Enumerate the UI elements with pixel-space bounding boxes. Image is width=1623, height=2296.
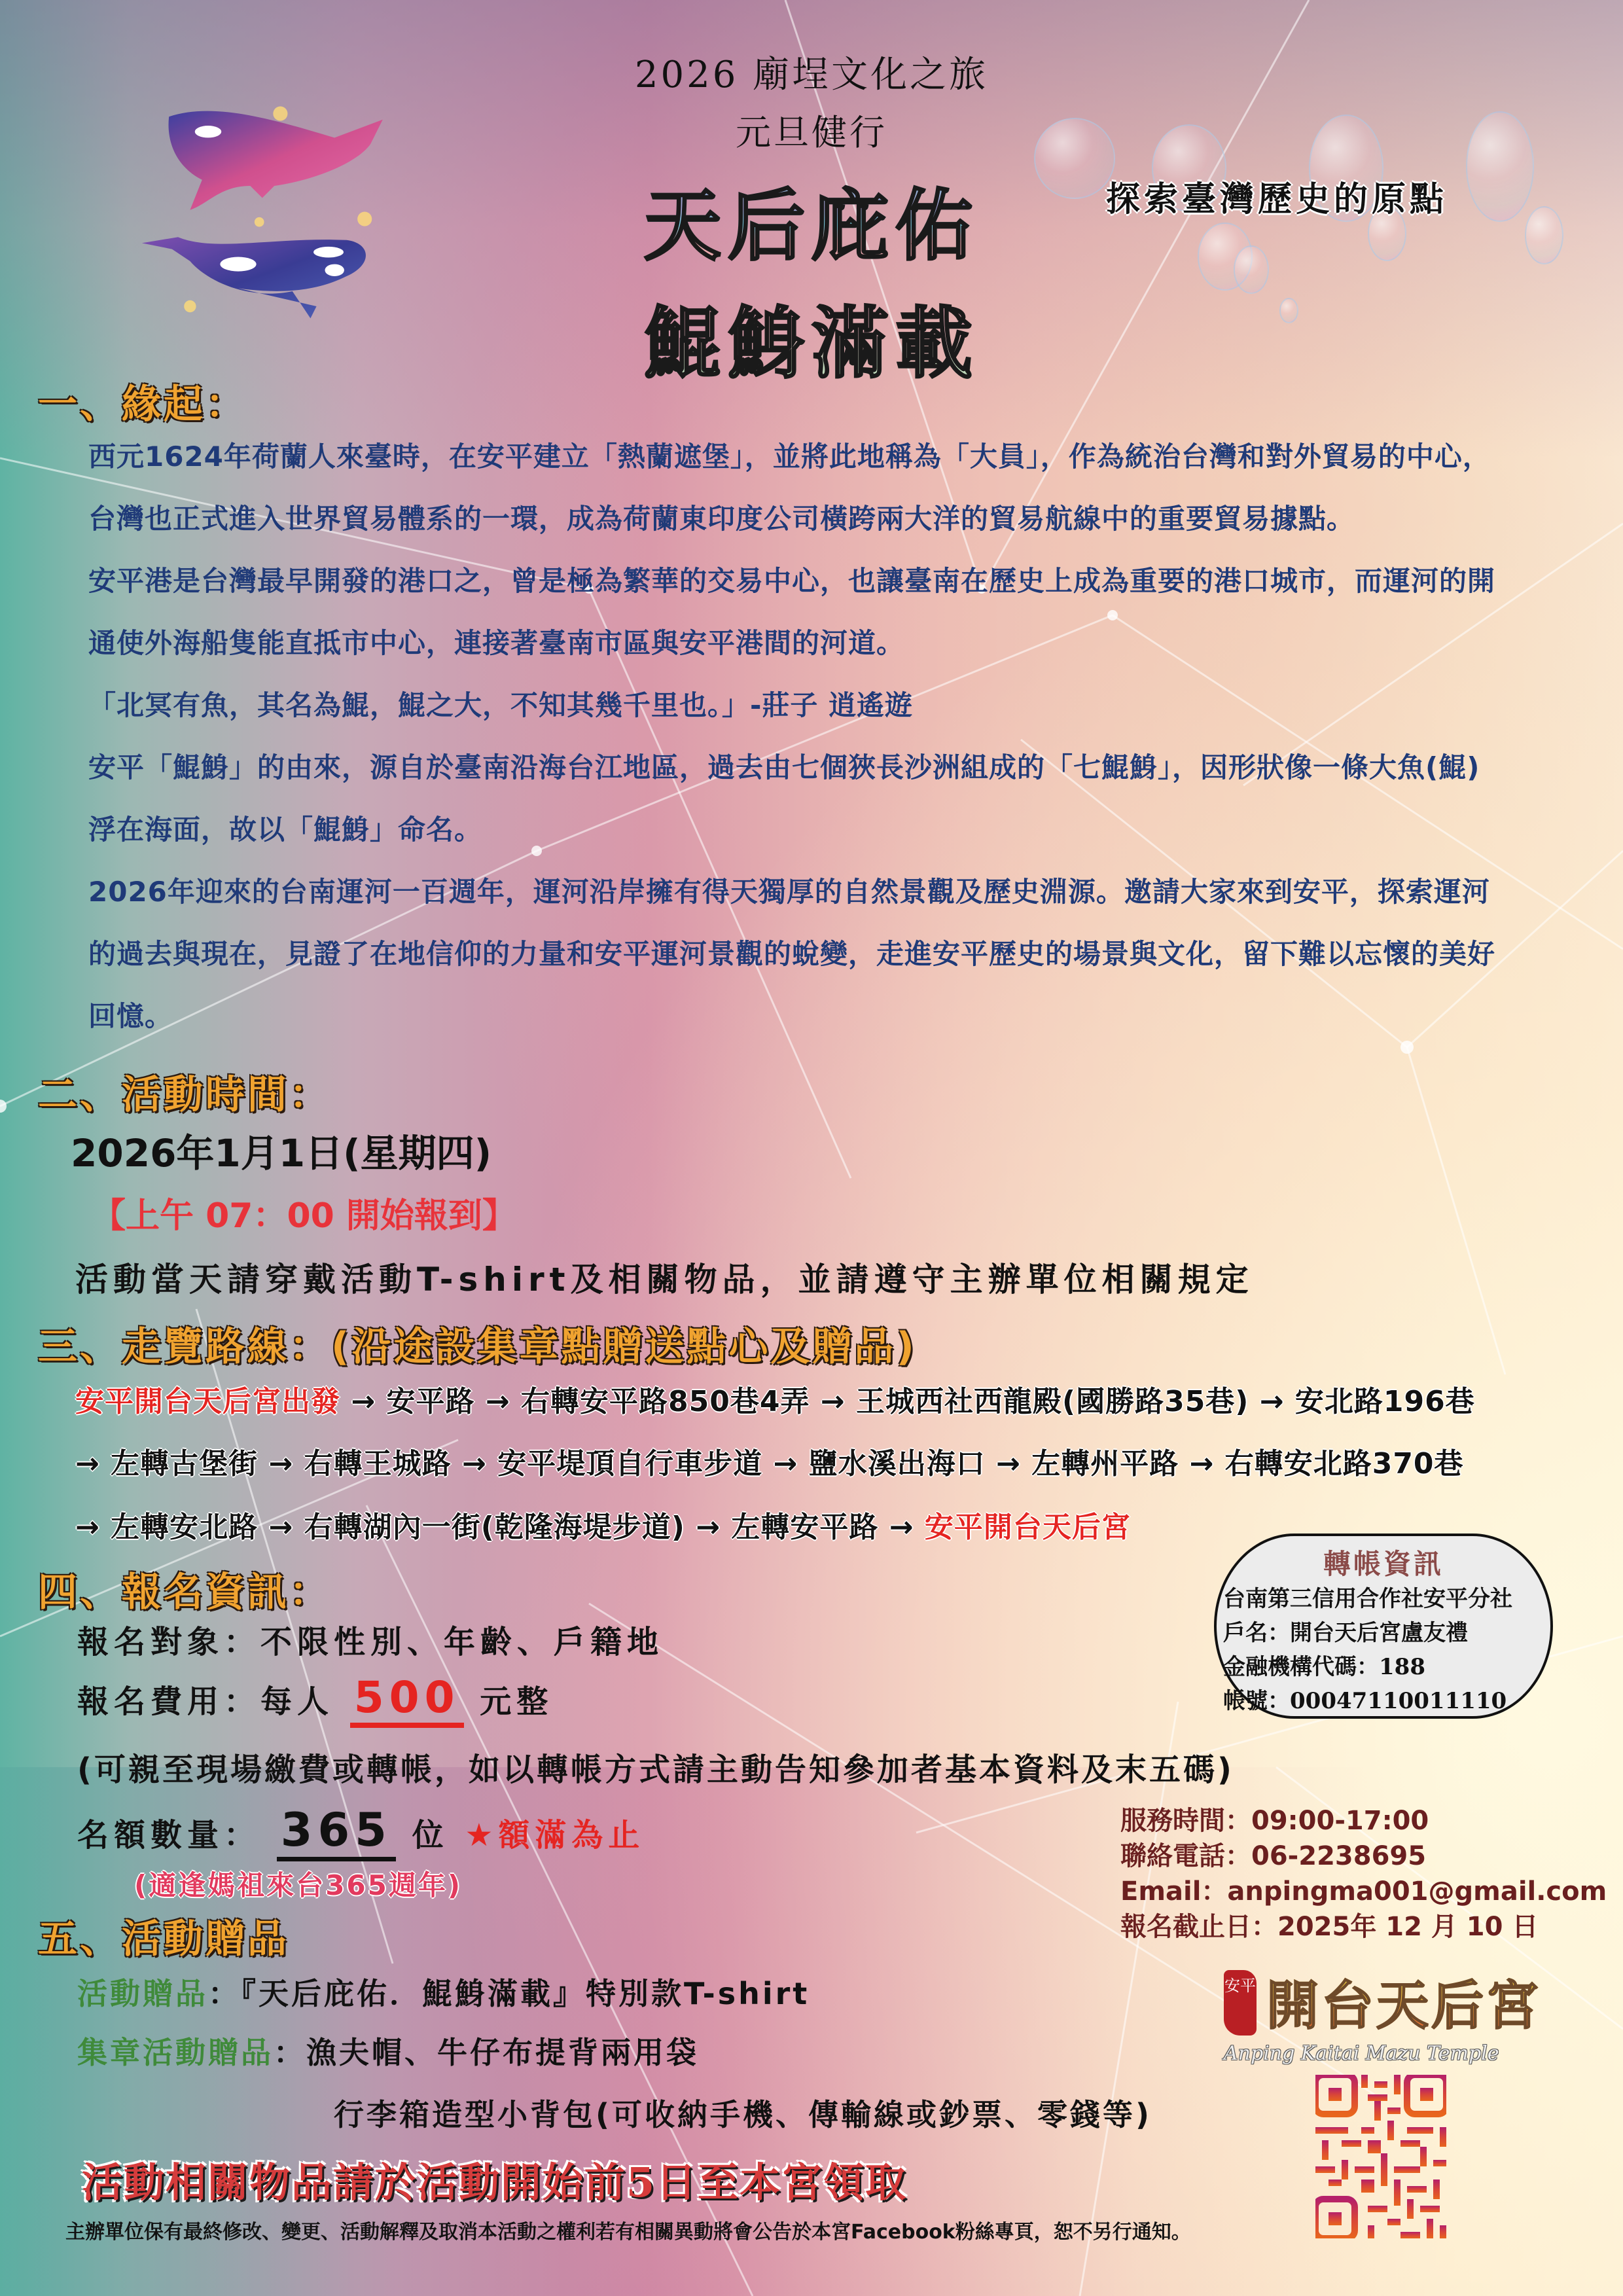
- route-line-2: → 左轉古堡街 → 右轉王城路 → 安平堤頂自行車步道 → 鹽水溪出海口 → 左…: [75, 1440, 1464, 1482]
- transfer-info-box: 轉帳資訊 台南第三信用合作社安平分社 戶名：開台天后宮盧友禮 金融機構代碼：18…: [1214, 1534, 1553, 1719]
- origin-line: 的過去與現在，見證了在地信仰的力量和安平運河景觀的蛻變，走進安平歷史的場景與文化…: [88, 923, 1587, 985]
- quota-unit: 位: [412, 1817, 449, 1854]
- seal-icon: 安平: [1224, 1970, 1257, 2036]
- registration-target: 報名對象：不限性別、年齡、戶籍地: [77, 1617, 664, 1662]
- gift-label: 活動贈品: [77, 1976, 208, 2011]
- target-value: 不限性別、年齡、戶籍地: [260, 1624, 664, 1660]
- origin-line: 通使外海船隻能直抵市中心，連接著臺南市區與安平港間的河道。: [88, 612, 1587, 674]
- account-number: 帳號：00047110011110: [1223, 1684, 1550, 1718]
- quota-number: 365: [277, 1803, 396, 1861]
- origin-line: 安平港是台灣最早開發的港口之，曾是極為繁華的交易中心，也讓臺南在歷史上成為重要的…: [88, 550, 1587, 612]
- stamp-gift-label: 集章活動贈品: [77, 2035, 274, 2070]
- origin-line: 「北冥有魚，其名為鯤，鯤之大，不知其幾千里也。」-莊子 逍遙遊: [88, 674, 1587, 736]
- section-heading-route: 三、走覽路線：(沿途設集章點贈送點心及贈品): [38, 1316, 917, 1372]
- stamp-gifts: 集章活動贈品：漁夫帽、牛仔布提背兩用袋: [77, 2029, 699, 2072]
- section-heading-registration: 四、報名資訊：: [38, 1561, 331, 1617]
- disclaimer: 主辦單位保有最終修改、變更、活動解釋及取消本活動之權利若有相關異動將會公告於本宮…: [65, 2215, 1191, 2244]
- route-steps: → 左轉安北路 → 右轉湖內一街(乾隆海堤步道) → 左轉安平路 →: [75, 1511, 925, 1544]
- origin-line: 台灣也正式進入世界貿易體系的一環，成為荷蘭東印度公司橫跨兩大洋的貿易航線中的重要…: [88, 488, 1587, 550]
- route-steps: → 安平路 → 右轉安平路850巷4弄 → 王城西社西龍殿(國勝路35巷) → …: [340, 1385, 1475, 1418]
- event-date: 2026年1月1日(星期四): [71, 1122, 491, 1177]
- anniversary-note: (適逢媽祖來台365週年): [134, 1864, 462, 1903]
- contact-email: Email：anpingma001@gmail.com: [1120, 1874, 1607, 1909]
- origin-paragraphs: 西元1624年荷蘭人來臺時，在安平建立「熱蘭遮堡」，並將此地稱為「大員」，作為統…: [88, 425, 1587, 1047]
- target-label: 報名對象：: [77, 1624, 260, 1660]
- slogan: 探索臺灣歷史的原點: [1106, 171, 1448, 221]
- stamp-gift-bag: 行李箱造型小背包(可收納手機、傳輸線或鈔票、零錢等): [334, 2091, 1152, 2134]
- qr-code-icon[interactable]: [1315, 2075, 1446, 2238]
- pickup-notice: 活動相關物品請於活動開始前5日至本宮領取: [82, 2150, 907, 2208]
- fee-unit: 元整: [480, 1683, 553, 1720]
- route-start: 安平開台天后宮出發: [75, 1385, 340, 1418]
- bank-code: 金融機構代碼：188: [1223, 1650, 1550, 1684]
- gift-value: ：『天后庇佑．鯤鯓滿載』特別款T-shirt: [208, 1976, 810, 2011]
- origin-line: 浮在海面，故以「鯤鯓」命名。: [88, 798, 1587, 861]
- temple-english-name: Anping Kaitai Mazu Temple: [1224, 2042, 1499, 2065]
- contact-info: 服務時間：09:00-17:00 聯絡電話：06-2238695 Email：a…: [1120, 1803, 1607, 1945]
- dress-code-notice: 活動當天請穿戴活動T-shirt及相關物品，並請遵守主辦單位相關規定: [75, 1253, 1254, 1300]
- origin-line: 回憶。: [88, 985, 1587, 1047]
- contact-phone: 聯絡電話：06-2238695: [1120, 1839, 1607, 1874]
- registration-fee: 報名費用：每人 500 元整: [77, 1672, 553, 1723]
- temple-name: 開台天后宮: [1266, 1964, 1541, 2039]
- section-heading-origin: 一、緣起：: [38, 373, 247, 429]
- quota-full-note: ★額滿為止: [465, 1817, 645, 1854]
- event-series-title: 2026 廟埕文化之旅: [0, 46, 1623, 98]
- checkin-time: 【上午 07：00 開始報到】: [92, 1188, 516, 1237]
- fee-amount: 500: [350, 1672, 464, 1728]
- section-heading-time: 二、活動時間：: [38, 1064, 331, 1120]
- route-line-3: → 左轉安北路 → 右轉湖內一街(乾隆海堤步道) → 左轉安平路 → 安平開台天…: [75, 1503, 1131, 1545]
- transfer-info-title: 轉帳資訊: [1217, 1543, 1550, 1582]
- route-line-1: 安平開台天后宮出發 → 安平路 → 右轉安平路850巷4弄 → 王城西社西龍殿(…: [75, 1378, 1475, 1420]
- registration-deadline: 報名截止日：2025年 12 月 10 日: [1120, 1909, 1607, 1945]
- gift-tshirt: 活動贈品：『天后庇佑．鯤鯓滿載』特別款T-shirt: [77, 1970, 810, 2013]
- section-heading-gifts: 五、活動贈品: [38, 1908, 289, 1964]
- origin-line: 西元1624年荷蘭人來臺時，在安平建立「熱蘭遮堡」，並將此地稱為「大員」，作為統…: [88, 425, 1587, 488]
- origin-line: 2026年迎來的台南運河一百週年，運河沿岸擁有得天獨厚的自然景觀及歷史淵源。邀請…: [88, 861, 1587, 923]
- event-name: 元旦健行: [0, 105, 1623, 155]
- stamp-gift-value: ：漁夫帽、牛仔布提背兩用袋: [274, 2035, 699, 2070]
- bank-name: 台南第三信用合作社安平分社: [1223, 1582, 1550, 1616]
- service-hours: 服務時間：09:00-17:00: [1120, 1803, 1607, 1839]
- account-name: 戶名：開台天后宮盧友禮: [1223, 1616, 1550, 1650]
- fee-label: 報名費用：每人: [77, 1683, 334, 1720]
- payment-note: (可親至現場繳費或轉帳，如以轉帳方式請主動告知參加者基本資料及末五碼): [77, 1744, 1234, 1789]
- origin-line: 安平「鯤鯓」的由來，源自於臺南沿海台江地區，過去由七個狹長沙洲組成的「七鯤鯓」，…: [88, 736, 1587, 798]
- quota-label: 名額數量：: [77, 1817, 260, 1854]
- registration-quota: 名額數量： 365 位 ★額滿為止: [77, 1803, 645, 1857]
- route-end: 安平開台天后宮: [925, 1511, 1131, 1544]
